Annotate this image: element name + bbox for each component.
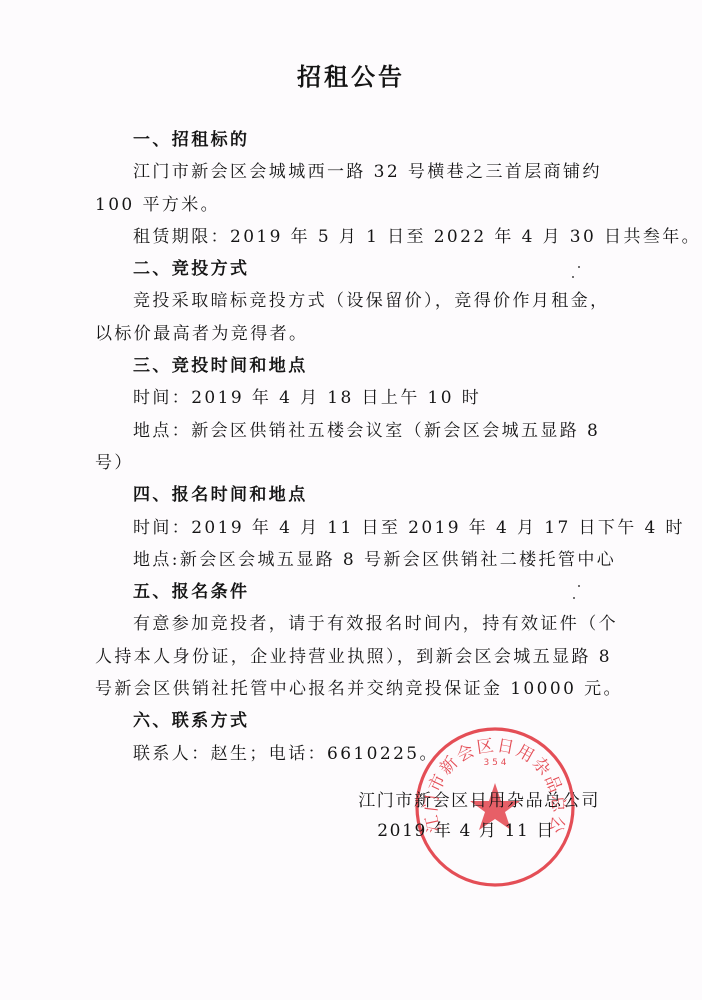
- paragraph-line: 地点:新会区会城五显路 8 号新会区供销社二楼托管中心: [95, 544, 603, 576]
- signature-block: 江门市新会区日用杂品总公司 2019 年 4 月 11 日: [0, 786, 600, 846]
- issue-date: 2019 年 4 月 11 日: [0, 816, 600, 846]
- paragraph-line: 地点：新会区供销社五楼会议室（新会区会城五显路 8: [95, 415, 603, 447]
- paragraph-line: 竞投采取暗标竞投方式（设保留价），竞得价作月租金，: [95, 285, 603, 317]
- paragraph-line: 租赁期限：2019 年 5 月 1 日至 2022 年 4 月 30 日共叁年。: [95, 221, 603, 253]
- scan-speck: [578, 266, 580, 268]
- section-heading-rental-object: 一、招租标的: [95, 124, 603, 156]
- paragraph-line: 100 平方米。: [95, 189, 603, 221]
- paragraph-line: 时间：2019 年 4 月 11 日至 2019 年 4 月 17 日下午 4 …: [95, 512, 603, 544]
- paragraph-line: 号新会区供销社托管中心报名并交纳竞投保证金 10000 元。: [95, 673, 603, 705]
- scan-speck: [572, 276, 574, 278]
- section-heading-bidding-method: 二、竞投方式: [95, 253, 603, 285]
- section-heading-registration-conditions: 五、报名条件: [95, 576, 603, 608]
- paragraph-line: 有意参加竞投者，请于有效报名时间内，持有效证件（个: [95, 608, 603, 640]
- section-heading-registration-time-place: 四、报名时间和地点: [95, 479, 603, 511]
- document-page: 招租公告 一、招租标的 江门市新会区会城城西一路 32 号横巷之三首层商铺约 1…: [0, 0, 702, 1000]
- document-title: 招租公告: [0, 62, 702, 92]
- svg-text:3 5 4: 3 5 4: [484, 758, 507, 768]
- paragraph-line: 时间：2019 年 4 月 18 日上午 10 时: [95, 382, 603, 414]
- paragraph-line: 号）: [95, 447, 603, 479]
- paragraph-line: 人持本人身份证，企业持营业执照），到新会区会城五显路 8: [95, 641, 603, 673]
- document-body: 一、招租标的 江门市新会区会城城西一路 32 号横巷之三首层商铺约 100 平方…: [95, 124, 603, 770]
- section-heading-bidding-time-place: 三、竞投时间和地点: [95, 350, 603, 382]
- paragraph-line: 以标价最高者为竞得者。: [95, 318, 603, 350]
- scan-speck: [578, 585, 580, 587]
- paragraph-line: 江门市新会区会城城西一路 32 号横巷之三首层商铺约: [95, 156, 603, 188]
- scan-speck: [573, 597, 575, 599]
- issuing-organization: 江门市新会区日用杂品总公司: [0, 786, 600, 816]
